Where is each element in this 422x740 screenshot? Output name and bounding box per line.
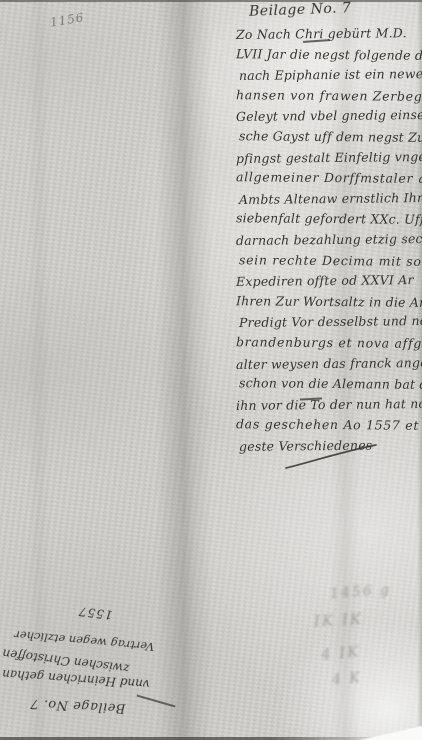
- bleedthrough-mark: IK IK: [314, 610, 364, 631]
- manuscript-line: sein rechte Decima mit so viel: [239, 250, 420, 272]
- signature-flourish: [284, 442, 380, 472]
- bleedthrough-mark: 1456 g: [330, 582, 392, 602]
- document-heading: Beilage No. 7: [249, 0, 352, 20]
- manuscript-page: 1156 Beilage No. 7 Zo Nach Chri gebürt M…: [0, 0, 422, 740]
- bleedthrough-mark: 4 IK: [320, 642, 361, 663]
- fold-crease-center: [156, 0, 212, 740]
- scan-edge-top: [0, 0, 422, 2]
- manuscript-line: Ambts Altenaw ernstlich Ihren Diensten: [239, 188, 420, 210]
- manuscript-line: das geschehen Ao 1557 et frs: [236, 414, 420, 436]
- manuscript-line: Geleyt vnd vbel gnedig einselug: [236, 105, 420, 128]
- manuscript-line: allgemeiner Dorffmstaler quale das: [236, 167, 420, 189]
- manuscript-text-block: Zo Nach Chri gebürt M.D.LVII Jar die neg…: [236, 24, 420, 456]
- manuscript-line: Zo Nach Chri gebürt M.D.: [236, 23, 420, 46]
- bleedthrough-mark: 4 K: [331, 670, 362, 688]
- manuscript-line: ihn vor die To der nun hat noch: [236, 394, 420, 417]
- manuscript-line: schon von die Alemann bat docht: [239, 373, 420, 395]
- manuscript-line: Predigt Vor desselbst und negst ist: [239, 311, 420, 333]
- ink-flourish: [136, 695, 175, 708]
- manuscript-line: hansen von frawen Zerbeg zu Eim: [236, 85, 420, 107]
- manuscript-line: pfingst gestalt Einfeltig vngestaltigs: [236, 147, 420, 170]
- manuscript-line: nach Epiphanie ist ein newer zug: [239, 64, 420, 86]
- page-corner-cut: [352, 724, 422, 740]
- manuscript-line: siebenfalt gefordert XXc. Uff eigst: [236, 209, 420, 231]
- manuscript-line: Ihren Zur Wortsaltz in die Angsfeld: [236, 291, 420, 313]
- endorsement-year: 1557: [77, 604, 113, 622]
- manuscript-line: alter weysen das franck angehöriges: [236, 353, 420, 376]
- manuscript-line: sche Gayst uff dem negst Zum Rogst: [239, 126, 420, 148]
- pencil-folio-number: 1156: [49, 10, 85, 29]
- manuscript-line: darnach bezahlung etzig sechs Zeile: [236, 229, 420, 252]
- endorsement-caption: Beilage No. 7: [30, 696, 126, 716]
- manuscript-line: LVII Jar die negst folgende dorfse: [236, 44, 420, 66]
- manuscript-line: Expediren offte od XXVI Ar: [236, 270, 420, 293]
- manuscript-line: brandenburgs et nova affgesetzt in: [236, 332, 420, 354]
